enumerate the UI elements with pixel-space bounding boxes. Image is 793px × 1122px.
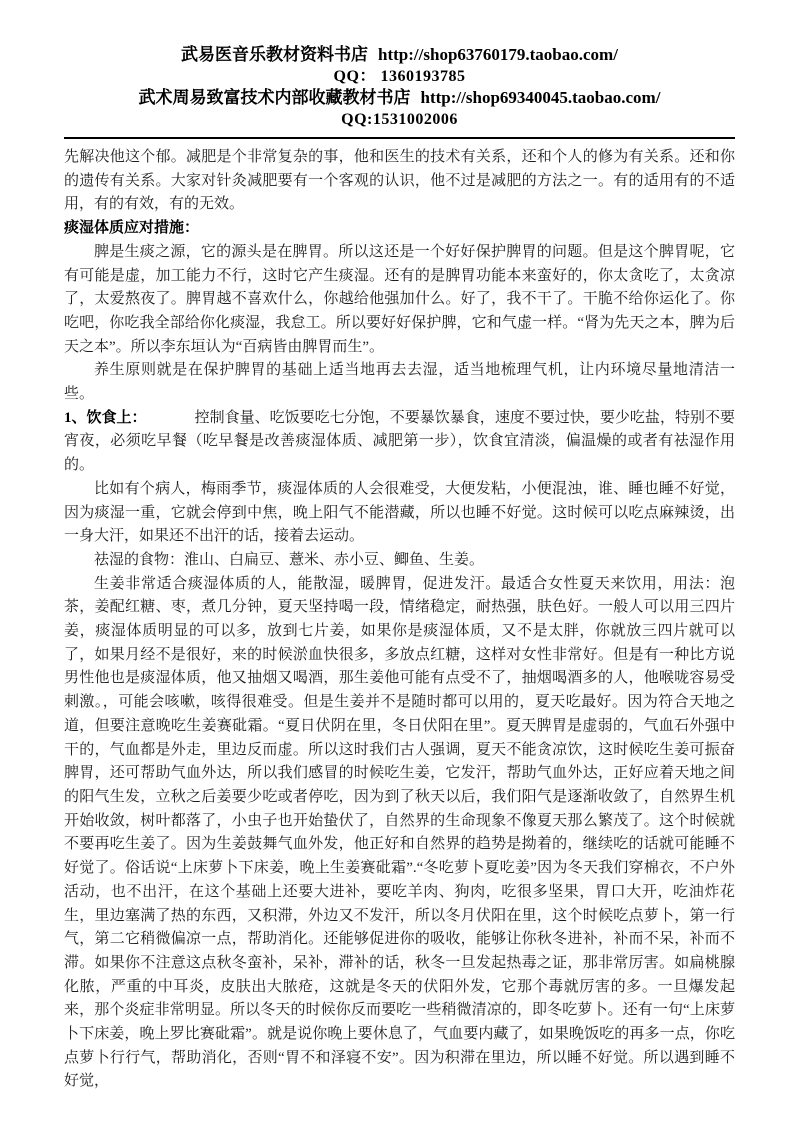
header-store1-line: 武易医音乐教材资料书店http://shop63760179.taobao.co… (64, 44, 735, 66)
store2-name: 武术周易致富技术内部收藏教材书店 (139, 88, 411, 107)
paragraph-principle-text: 养生原则就是在保护脾胃的基础上适当地再去去湿，适当地梳理气机，让内环境尽量地清洁… (64, 362, 735, 402)
section-heading-measures: 痰湿体质应对措施： (64, 217, 735, 241)
paragraph-ginger: 生姜非常适合痰湿体质的人，能散湿，暖脾胃，促进发汗。最适合女性夏天来饮用，用法：… (64, 573, 735, 1094)
qq1-number: QQ： 1360193785 (334, 68, 466, 85)
store1-url: http://shop63760179.taobao.com/ (378, 45, 618, 64)
store2-url: http://shop69340045.taobao.com/ (421, 88, 661, 107)
header-qq2-line: QQ:1531002006 (64, 109, 735, 130)
diet-item-text: 控制食量、吃饭要吃七分饱，不要暴饮暴食，速度不要过快，要少吃盐，特别不要宵夜，必… (64, 410, 735, 473)
diet-item-label: 1、饮食上： (64, 410, 147, 426)
paragraph-spleen: 脾是生痰之源，它的源头是在脾胃。所以这还是一个好好保护脾胃的问题。但是这个脾胃呢… (64, 241, 735, 360)
document-body: 先解决他这个郁。减肥是个非常复杂的事，他和医生的技术有关系，还和个人的修为有关系… (64, 139, 735, 1094)
paragraph-foods: 祛湿的食物：淮山、白扁豆、薏米、赤小豆、鲫鱼、生姜。 (64, 549, 735, 573)
paragraph-spleen-text: 脾是生痰之源，它的源头是在脾胃。所以这还是一个好好保护脾胃的问题。但是这个脾胃呢… (64, 244, 735, 355)
paragraph-diet: 1、饮食上：控制食量、吃饭要吃七分饱，不要暴饮暴食，速度不要过快，要少吃盐，特别… (64, 407, 735, 478)
store1-name: 武易医音乐教材资料书店 (181, 45, 368, 64)
paragraph-ginger-text: 生姜非常适合痰湿体质的人，能散湿，暖脾胃，促进发汗。最适合女性夏天来饮用，用法：… (64, 576, 735, 1090)
qq2-number: QQ:1531002006 (341, 111, 458, 128)
section-heading-text: 痰湿体质应对措施： (64, 220, 199, 236)
paragraph-principle: 养生原则就是在保护脾胃的基础上适当地再去去湿，适当地梳理气机，让内环境尽量地清洁… (64, 359, 735, 406)
header-store2-line: 武术周易致富技术内部收藏教材书店http://shop69340045.taob… (64, 87, 735, 109)
paragraph-foods-text: 祛湿的食物：淮山、白扁豆、薏米、赤小豆、鲫鱼、生姜。 (94, 552, 484, 568)
paragraph-example: 比如有个病人，梅雨季节，痰湿体质的人会很难受，大便发粘，小便混浊，谁、睡也睡不好… (64, 478, 735, 549)
paragraph-intro-text: 先解决他这个郁。减肥是个非常复杂的事，他和医生的技术有关系，还和个人的修为有关系… (64, 149, 735, 212)
paragraph-example-text: 比如有个病人，梅雨季节，痰湿体质的人会很难受，大便发粘，小便混浊，谁、睡也睡不好… (64, 481, 735, 544)
document-page: 武易医音乐教材资料书店http://shop63760179.taobao.co… (0, 0, 793, 1122)
header-qq1-line: QQ： 1360193785 (64, 66, 735, 87)
page-header: 武易医音乐教材资料书店http://shop63760179.taobao.co… (64, 44, 735, 139)
paragraph-intro: 先解决他这个郁。减肥是个非常复杂的事，他和医生的技术有关系，还和个人的修为有关系… (64, 146, 735, 217)
